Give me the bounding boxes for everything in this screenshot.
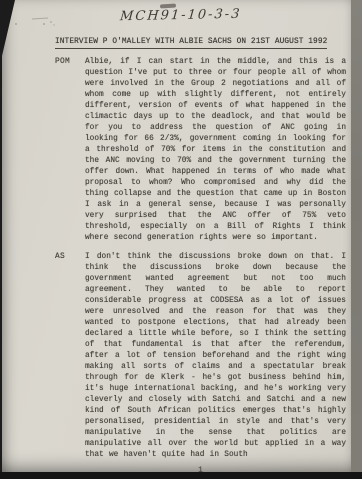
paragraph-pom: POM Albie, if I can start in the middle,… <box>55 57 346 244</box>
speaker-label-pom: POM <box>55 57 70 68</box>
document-title: INTERVIEW P O'MALLEY WITH ALBIE SACHS ON… <box>55 38 327 49</box>
paragraph-as: AS I don't think the discussions broke d… <box>55 252 346 461</box>
handwritten-archive-reference: MCH91-10-3-3 <box>119 7 242 25</box>
speaker-label-as: AS <box>55 252 65 263</box>
scan-edge-right <box>351 0 362 472</box>
paper: MCH91-10-3-3 INTERVIEW P O'MALLEY WITH A… <box>2 0 351 472</box>
paragraph-pom-text: Albie, if I can start in the middle, and… <box>85 58 346 242</box>
transcript-body: POM Albie, if I can start in the middle,… <box>55 55 346 477</box>
paragraph-as-text: I don't think the discussions broke down… <box>85 253 346 459</box>
pencil-annotation-marks <box>10 14 62 28</box>
scanned-document-page: MCH91-10-3-3 INTERVIEW P O'MALLEY WITH A… <box>0 0 362 479</box>
scan-edge-bottom <box>0 472 362 479</box>
